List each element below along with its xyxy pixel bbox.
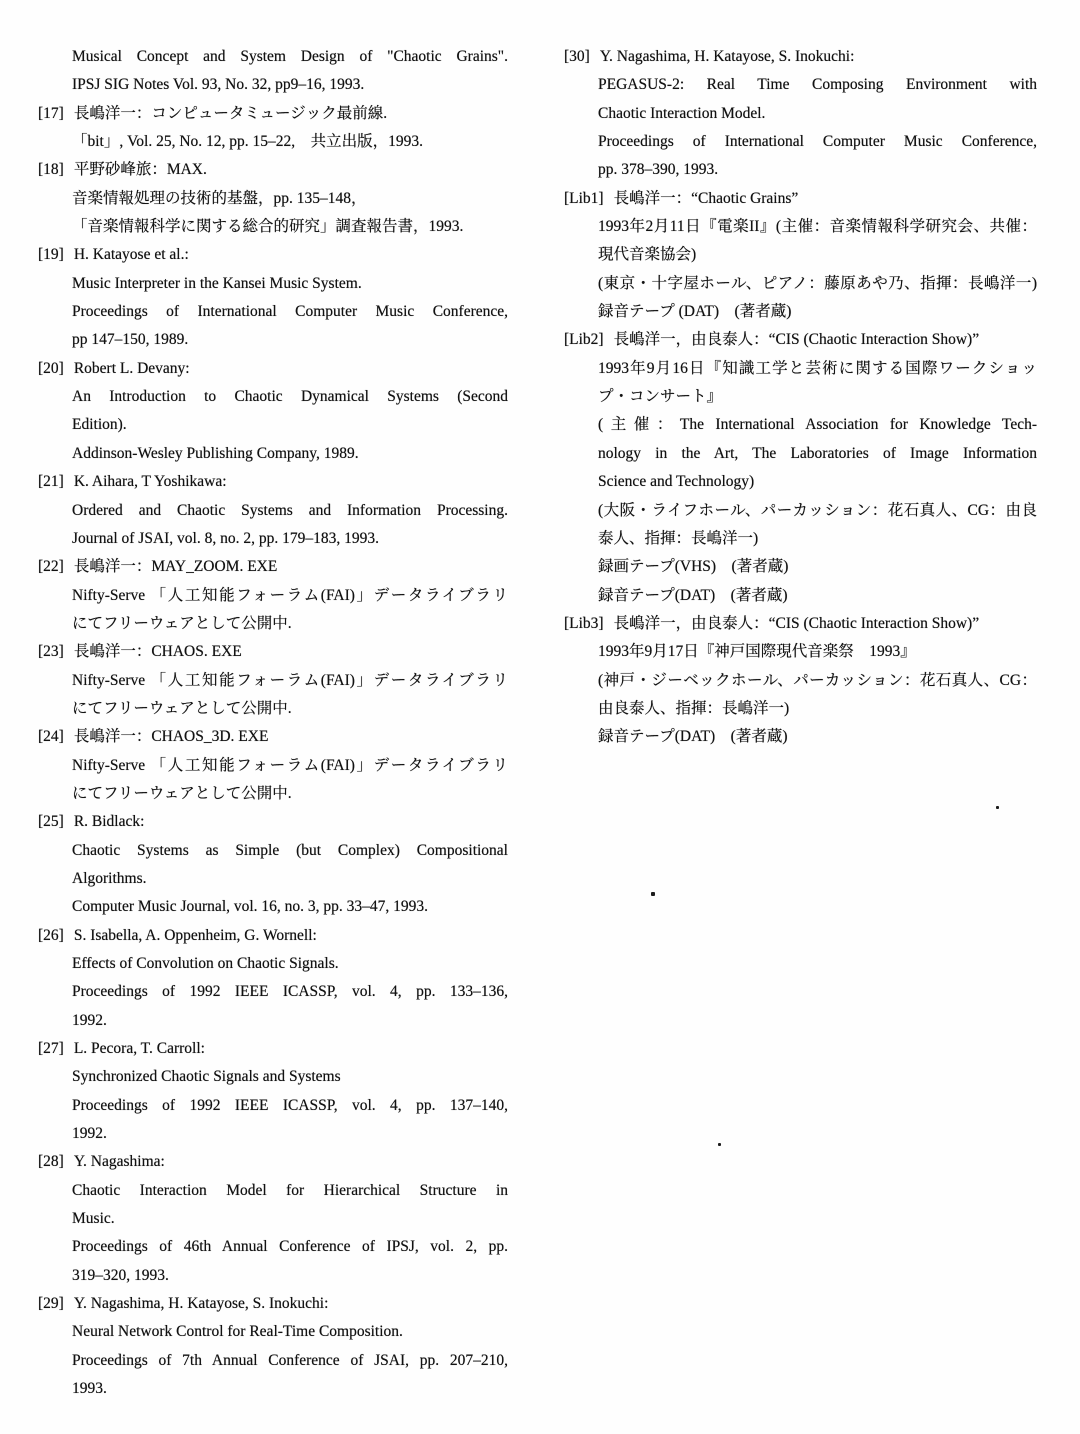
reference-text: 1992. [72, 1125, 107, 1142]
reference-label: [Lib2] [564, 326, 604, 354]
reference-label: [25] [38, 808, 64, 836]
reference-line: Music. [38, 1205, 508, 1233]
reference-line: Nifty-Serve 「人工知能フォーラム(FAI)」データライブラリ [38, 667, 508, 695]
reference-text: にてフリーウェアとして公開中. [72, 785, 292, 802]
reference-text: K. Aihara, T Yoshikawa: [74, 473, 227, 490]
reference-text: Nifty-Serve 「人工知能フォーラム(FAI)」データライブラリ [72, 757, 508, 774]
reference-line: [19]H. Katayose et al.: [38, 241, 508, 269]
reference-line: 1993. [38, 1375, 508, 1403]
reference-label: [Lib1] [564, 185, 604, 213]
reference-text: Proceedings of 46th Annual Conference of… [72, 1238, 508, 1255]
reference-text: 長嶋洋一：CHAOS_3D. EXE [74, 728, 269, 745]
reference-text: 1993年9月16日『知識工学と芸術に関する国際ワークショッ [598, 360, 1037, 377]
reference-line: Proceedings of 1992 IEEE ICASSP, vol. 4,… [38, 978, 508, 1006]
reference-text: S. Isabella, A. Oppenheim, G. Wornell: [74, 927, 317, 944]
scan-speck [718, 1143, 721, 1146]
reference-text: Synchronized Chaotic Signals and Systems [72, 1068, 341, 1085]
reference-text: (神戸・ジーベックホール、パーカッション：花石真人、CG： [598, 672, 1037, 689]
reference-text: Proceedings of International Computer Mu… [72, 303, 508, 320]
reference-text: (大阪・ライフホール、パーカッション：花石真人、CG：由良 [598, 502, 1037, 519]
reference-label: [28] [38, 1148, 64, 1176]
reference-line: Proceedings of International Computer Mu… [564, 128, 1037, 156]
reference-line: 由良泰人、指揮：長嶋洋一) [564, 695, 1037, 723]
reference-text: 長嶋洋一，由良泰人：“CIS (Chaotic Interaction Show… [614, 615, 980, 632]
reference-line: 録音テープ(DAT) (著者蔵) [564, 582, 1037, 610]
reference-text: Chaotic Interaction Model. [598, 105, 765, 122]
reference-line: [27]L. Pecora, T. Carroll: [38, 1035, 508, 1063]
reference-text: (主催：The International Association for Kn… [598, 416, 1037, 433]
reference-text: 長嶋洋一：CHAOS. EXE [74, 643, 242, 660]
reference-line: Musical Concept and System Design of "Ch… [38, 43, 508, 71]
reference-label: [29] [38, 1290, 64, 1318]
reference-text: Computer Music Journal, vol. 16, no. 3, … [72, 898, 428, 915]
reference-line: プ・コンサート』 [564, 383, 1037, 411]
reference-label: [26] [38, 922, 64, 950]
reference-label: [17] [38, 100, 64, 128]
reference-line: (主催：The International Association for Kn… [564, 411, 1037, 439]
reference-line: [25]R. Bidlack: [38, 808, 508, 836]
reference-line: Chaotic Systems as Simple (but Complex) … [38, 837, 508, 865]
references-left-column: Musical Concept and System Design of "Ch… [38, 43, 508, 1404]
reference-text: Journal of JSAI, vol. 8, no. 2, pp. 179–… [72, 530, 379, 547]
reference-label: [19] [38, 241, 64, 269]
reference-label: [Lib3] [564, 610, 604, 638]
reference-line: Edition). [38, 411, 508, 439]
reference-text: PEGASUS-2: Real Time Composing Environme… [598, 76, 1037, 93]
reference-text: Neural Network Control for Real-Time Com… [72, 1323, 403, 1340]
reference-line: [26]S. Isabella, A. Oppenheim, G. Wornel… [38, 922, 508, 950]
reference-text: 319–320, 1993. [72, 1267, 169, 1284]
reference-text: Proceedings of 7th Annual Conference of … [72, 1352, 508, 1369]
reference-line: [28]Y. Nagashima: [38, 1148, 508, 1176]
reference-line: pp 147–150, 1989. [38, 326, 508, 354]
reference-line: 「bit」, Vol. 25, No. 12, pp. 15–22, 共立出版，… [38, 128, 508, 156]
scan-speck [651, 892, 655, 896]
reference-line: [21]K. Aihara, T Yoshikawa: [38, 468, 508, 496]
reference-line: [20]Robert L. Devany: [38, 355, 508, 383]
reference-line: Addinson-Wesley Publishing Company, 1989… [38, 440, 508, 468]
reference-text: 1993年2月11日『電楽II』(主催：音楽情報科学研究会、共催： [598, 218, 1037, 235]
reference-line: にてフリーウェアとして公開中. [38, 695, 508, 723]
reference-line: pp. 378–390, 1993. [564, 156, 1037, 184]
reference-text: Nifty-Serve 「人工知能フォーラム(FAI)」データライブラリ [72, 587, 508, 604]
reference-line: Music Interpreter in the Kansei Music Sy… [38, 270, 508, 298]
reference-text: Science and Technology) [598, 473, 754, 490]
reference-line: 泰人、指揮：長嶋洋一) [564, 525, 1037, 553]
reference-text: Effects of Convolution on Chaotic Signal… [72, 955, 339, 972]
reference-text: Proceedings of 1992 IEEE ICASSP, vol. 4,… [72, 983, 508, 1000]
reference-text: 1993年9月17日『神戸国際現代音楽祭 1993』 [598, 643, 916, 660]
reference-text: IPSJ SIG Notes Vol. 93, No. 32, pp9–16, … [72, 76, 364, 93]
reference-text: Y. Nagashima: [74, 1153, 165, 1170]
reference-text: にてフリーウェアとして公開中. [72, 615, 292, 632]
references-right-column: [30]Y. Nagashima, H. Katayose, S. Inokuc… [564, 43, 1037, 752]
reference-text: 録音テープ(DAT) (著者蔵) [598, 728, 788, 745]
reference-line: (東京・十字屋ホール、ピアノ：藤原あや乃、指揮：長嶋洋一) [564, 270, 1037, 298]
reference-text: 1992. [72, 1012, 107, 1029]
reference-line: IPSJ SIG Notes Vol. 93, No. 32, pp9–16, … [38, 71, 508, 99]
reference-line: 音楽情報処理の技術的基盤，pp. 135–148， [38, 185, 508, 213]
reference-line: Effects of Convolution on Chaotic Signal… [38, 950, 508, 978]
reference-line: Proceedings of 46th Annual Conference of… [38, 1233, 508, 1261]
reference-text: 録音テープ (DAT) (著者蔵) [598, 303, 791, 320]
reference-label: [24] [38, 723, 64, 751]
reference-text: Addinson-Wesley Publishing Company, 1989… [72, 445, 359, 462]
reference-line: Chaotic Interaction Model for Hierarchic… [38, 1177, 508, 1205]
reference-text: 「bit」, Vol. 25, No. 12, pp. 15–22, 共立出版，… [72, 133, 423, 150]
reference-text: Music. [72, 1210, 115, 1227]
reference-line: Nifty-Serve 「人工知能フォーラム(FAI)」データライブラリ [38, 582, 508, 610]
reference-line: [Lib1]長嶋洋一：“Chaotic Grains” [564, 185, 1037, 213]
reference-line: にてフリーウェアとして公開中. [38, 610, 508, 638]
reference-line: [17]長嶋洋一：コンピュータミュージック最前線. [38, 100, 508, 128]
reference-line: 現代音楽協会) [564, 241, 1037, 269]
reference-text: Nifty-Serve 「人工知能フォーラム(FAI)」データライブラリ [72, 672, 508, 689]
reference-line: An Introduction to Chaotic Dynamical Sys… [38, 383, 508, 411]
reference-line: [30]Y. Nagashima, H. Katayose, S. Inokuc… [564, 43, 1037, 71]
reference-line: 録音テープ (DAT) (著者蔵) [564, 298, 1037, 326]
reference-text: 「音楽情報科学に関する総合的研究」調査報告書，1993. [72, 218, 463, 235]
reference-text: 長嶋洋一，由良泰人：“CIS (Chaotic Interaction Show… [614, 331, 980, 348]
reference-line: Proceedings of International Computer Mu… [38, 298, 508, 326]
reference-line: Algorithms. [38, 865, 508, 893]
reference-line: 319–320, 1993. [38, 1262, 508, 1290]
reference-label: [21] [38, 468, 64, 496]
reference-text: 由良泰人、指揮：長嶋洋一) [598, 700, 789, 717]
reference-line: 1992. [38, 1120, 508, 1148]
reference-text: pp. 378–390, 1993. [598, 161, 718, 178]
reference-line: (大阪・ライフホール、パーカッション：花石真人、CG：由良 [564, 497, 1037, 525]
reference-line: [23]長嶋洋一：CHAOS. EXE [38, 638, 508, 666]
reference-text: 録音テープ(DAT) (著者蔵) [598, 587, 788, 604]
reference-text: 現代音楽協会) [598, 246, 696, 263]
reference-line: 録画テープ(VHS) (著者蔵) [564, 553, 1037, 581]
page: Musical Concept and System Design of "Ch… [0, 0, 1080, 1434]
reference-text: nology in the Art, The Laboratories of I… [598, 445, 1037, 462]
reference-text: Proceedings of International Computer Mu… [598, 133, 1037, 150]
reference-line: 「音楽情報科学に関する総合的研究」調査報告書，1993. [38, 213, 508, 241]
reference-label: [20] [38, 355, 64, 383]
reference-text: Proceedings of 1992 IEEE ICASSP, vol. 4,… [72, 1097, 508, 1114]
reference-text: 長嶋洋一：MAY_ZOOM. EXE [74, 558, 278, 575]
reference-line: [18]平野砂峰旅：MAX. [38, 156, 508, 184]
reference-line: [Lib3]長嶋洋一，由良泰人：“CIS (Chaotic Interactio… [564, 610, 1037, 638]
reference-line: Computer Music Journal, vol. 16, no. 3, … [38, 893, 508, 921]
reference-label: [30] [564, 43, 590, 71]
reference-text: Chaotic Systems as Simple (but Complex) … [72, 842, 508, 859]
reference-text: H. Katayose et al.: [74, 246, 189, 263]
scan-speck [996, 806, 999, 809]
reference-text: Y. Nagashima, H. Katayose, S. Inokuchi: [600, 48, 855, 65]
reference-text: Music Interpreter in the Kansei Music Sy… [72, 275, 362, 292]
reference-text: 長嶋洋一：コンピュータミュージック最前線. [74, 105, 387, 122]
reference-text: Robert L. Devany: [74, 360, 190, 377]
reference-text: 音楽情報処理の技術的基盤，pp. 135–148， [72, 190, 367, 207]
reference-text: にてフリーウェアとして公開中. [72, 700, 292, 717]
reference-line: [Lib2]長嶋洋一，由良泰人：“CIS (Chaotic Interactio… [564, 326, 1037, 354]
reference-text: R. Bidlack: [74, 813, 145, 830]
reference-text: 長嶋洋一：“Chaotic Grains” [614, 190, 799, 207]
reference-text: Edition). [72, 416, 127, 433]
reference-text: Chaotic Interaction Model for Hierarchic… [72, 1182, 508, 1199]
reference-line: PEGASUS-2: Real Time Composing Environme… [564, 71, 1037, 99]
reference-line: [29]Y. Nagashima, H. Katayose, S. Inokuc… [38, 1290, 508, 1318]
reference-text: Algorithms. [72, 870, 147, 887]
reference-line: 1993年2月11日『電楽II』(主催：音楽情報科学研究会、共催： [564, 213, 1037, 241]
reference-line: nology in the Art, The Laboratories of I… [564, 440, 1037, 468]
reference-text: L. Pecora, T. Carroll: [74, 1040, 205, 1057]
reference-line: Proceedings of 7th Annual Conference of … [38, 1347, 508, 1375]
reference-text: An Introduction to Chaotic Dynamical Sys… [72, 388, 508, 405]
reference-line: 1992. [38, 1007, 508, 1035]
reference-line: [22]長嶋洋一：MAY_ZOOM. EXE [38, 553, 508, 581]
reference-text: 平野砂峰旅：MAX. [74, 161, 207, 178]
reference-label: [22] [38, 553, 64, 581]
reference-line: Journal of JSAI, vol. 8, no. 2, pp. 179–… [38, 525, 508, 553]
reference-text: Musical Concept and System Design of "Ch… [72, 48, 508, 65]
reference-line: Nifty-Serve 「人工知能フォーラム(FAI)」データライブラリ [38, 752, 508, 780]
reference-line: Synchronized Chaotic Signals and Systems [38, 1063, 508, 1091]
reference-line: 録音テープ(DAT) (著者蔵) [564, 723, 1037, 751]
reference-text: Y. Nagashima, H. Katayose, S. Inokuchi: [74, 1295, 329, 1312]
reference-line: 1993年9月17日『神戸国際現代音楽祭 1993』 [564, 638, 1037, 666]
reference-line: 1993年9月16日『知識工学と芸術に関する国際ワークショッ [564, 355, 1037, 383]
reference-line: Ordered and Chaotic Systems and Informat… [38, 497, 508, 525]
reference-line: Proceedings of 1992 IEEE ICASSP, vol. 4,… [38, 1092, 508, 1120]
reference-text: プ・コンサート』 [598, 388, 722, 405]
reference-text: Ordered and Chaotic Systems and Informat… [72, 502, 508, 519]
reference-text: (東京・十字屋ホール、ピアノ：藤原あや乃、指揮：長嶋洋一) [598, 275, 1037, 292]
reference-text: 録画テープ(VHS) (著者蔵) [598, 558, 788, 575]
reference-line: にてフリーウェアとして公開中. [38, 780, 508, 808]
reference-text: pp 147–150, 1989. [72, 331, 188, 348]
reference-label: [18] [38, 156, 64, 184]
reference-line: Science and Technology) [564, 468, 1037, 496]
reference-line: Neural Network Control for Real-Time Com… [38, 1318, 508, 1346]
reference-line: [24]長嶋洋一：CHAOS_3D. EXE [38, 723, 508, 751]
reference-text: 泰人、指揮：長嶋洋一) [598, 530, 758, 547]
reference-label: [27] [38, 1035, 64, 1063]
reference-line: (神戸・ジーベックホール、パーカッション：花石真人、CG： [564, 667, 1037, 695]
reference-label: [23] [38, 638, 64, 666]
reference-text: 1993. [72, 1380, 107, 1397]
reference-line: Chaotic Interaction Model. [564, 100, 1037, 128]
